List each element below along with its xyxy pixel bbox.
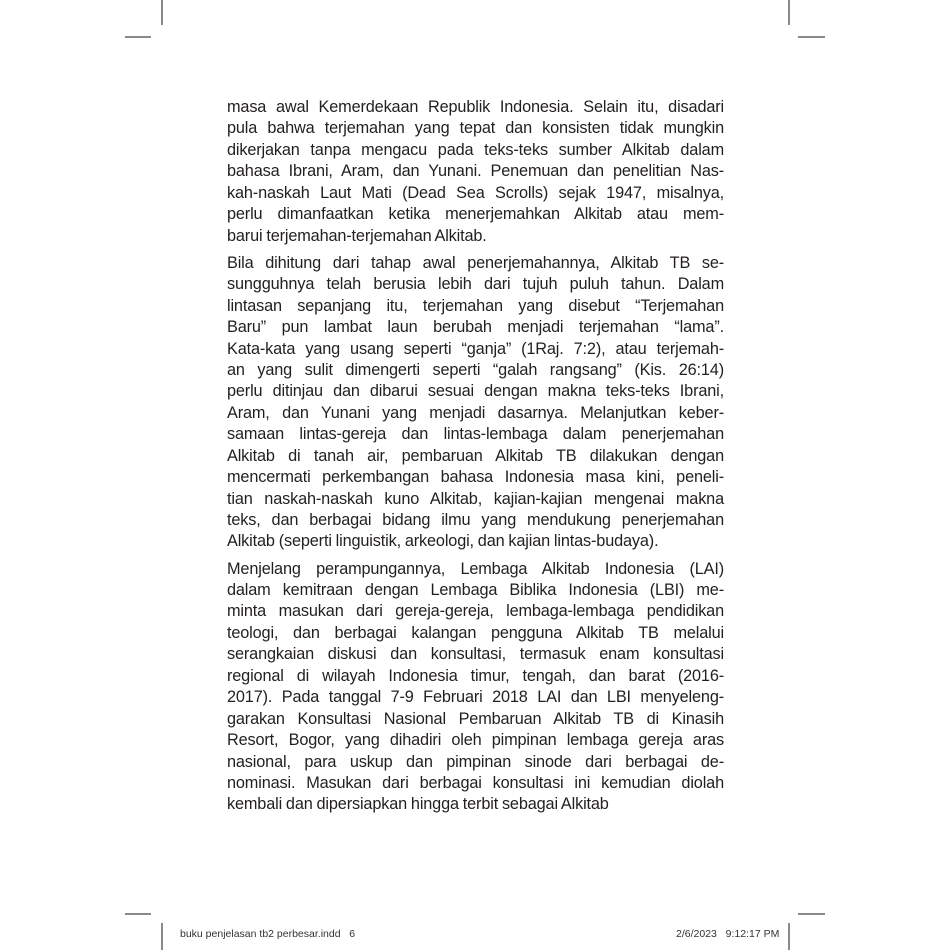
text-line: barui terjemahan-terjemahan Alkitab. (227, 226, 724, 247)
text-line: Resort, Bogor, yang dihadiri oleh pimpin… (227, 730, 724, 751)
text-line: tian naskah-naskah kuno Alkitab, kajian-… (227, 489, 724, 510)
text-line: dikerjakan tanpa mengacu pada teks-teks … (227, 140, 724, 161)
text-line: masa awal Kemerdekaan Republik Indonesia… (227, 97, 724, 118)
crop-mark-bottom-left-horizontal (125, 913, 151, 915)
text-line: pula bahwa terjemahan yang tepat dan kon… (227, 118, 724, 139)
text-line: perlu dimanfaatkan ketika menerjemahkan … (227, 204, 724, 225)
text-line: regional di wilayah Indonesia timur, ten… (227, 666, 724, 687)
text-line: garakan Konsultasi Nasional Pembaruan Al… (227, 709, 724, 730)
text-line: nasional, para uskup dan pimpinan sinode… (227, 752, 724, 773)
crop-mark-top-left-horizontal (125, 36, 151, 38)
text-line: serangkaian diskusi dan konsultasi, term… (227, 644, 724, 665)
text-line: sungguhnya telah berusia lebih dari tuju… (227, 274, 724, 295)
text-line: Aram, dan Yunani yang menjadi dasarnya. … (227, 403, 724, 424)
body-text: masa awal Kemerdekaan Republik Indonesia… (227, 97, 724, 822)
text-line: kah-naskah Laut Mati (Dead Sea Scrolls) … (227, 183, 724, 204)
text-line: Menjelang perampungannya, Lembaga Alkita… (227, 559, 724, 580)
slug-filename: buku penjelasan tb2 perbesar.indd 6 (180, 928, 355, 940)
text-line: Bila dihitung dari tahap awal penerjemah… (227, 253, 724, 274)
text-line: teks, dan berbagai bidang ilmu yang mend… (227, 510, 724, 531)
text-line: 2017). Pada tanggal 7-9 Februari 2018 LA… (227, 687, 724, 708)
text-line: Kata-kata yang usang seperti “ganja” (1R… (227, 339, 724, 360)
slug-datetime: 2/6/2023 9:12:17 PM (676, 928, 779, 940)
text-line: kembali dan dipersiapkan hingga terbit s… (227, 794, 724, 815)
crop-mark-top-left-vertical (161, 0, 163, 25)
text-line: Alkitab (seperti linguistik, arkeologi, … (227, 531, 724, 552)
document-page: masa awal Kemerdekaan Republik Indonesia… (0, 0, 950, 950)
text-line: teologi, dan berbagai kalangan pengguna … (227, 623, 724, 644)
text-line: Baru” pun lambat laun berubah menjadi te… (227, 317, 724, 338)
text-line: minta masukan dari gereja-gereja, lembag… (227, 601, 724, 622)
crop-mark-bottom-right-vertical (788, 923, 790, 950)
crop-mark-bottom-left-vertical (161, 923, 163, 950)
text-line: samaan lintas-gereja dan lintas-lembaga … (227, 424, 724, 445)
crop-mark-top-right-horizontal (798, 36, 825, 38)
paragraph-1: masa awal Kemerdekaan Republik Indonesia… (227, 97, 724, 247)
text-line: an yang sulit dimengerti seperti “galah … (227, 360, 724, 381)
crop-mark-bottom-right-horizontal (798, 913, 825, 915)
crop-mark-top-right-vertical (788, 0, 790, 25)
text-line: dalam kemitraan dengan Lembaga Biblika I… (227, 580, 724, 601)
text-line: perlu ditinjau dan dibarui sesuai dengan… (227, 381, 724, 402)
text-line: bahasa Ibrani, Aram, dan Yunani. Penemua… (227, 161, 724, 182)
paragraph-2: Bila dihitung dari tahap awal penerjemah… (227, 253, 724, 553)
text-line: Alkitab di tanah air, pembaruan Alkitab … (227, 446, 724, 467)
text-line: nominasi. Masukan dari berbagai konsulta… (227, 773, 724, 794)
paragraph-3: Menjelang perampungannya, Lembaga Alkita… (227, 559, 724, 816)
text-line: lintasan sepanjang itu, terjemahan yang … (227, 296, 724, 317)
text-line: mencermati perkembangan bahasa Indonesia… (227, 467, 724, 488)
